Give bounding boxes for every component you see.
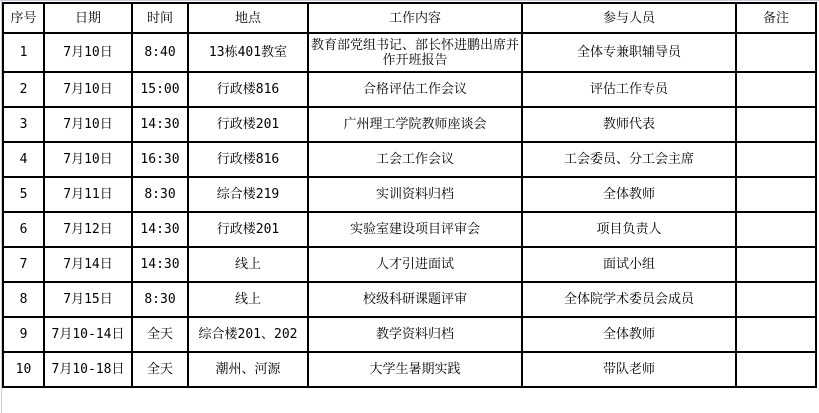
cell-note[interactable] <box>736 317 816 352</box>
cell-place[interactable]: 行政楼816 <box>188 72 308 107</box>
cell-no[interactable]: 4 <box>3 142 44 177</box>
cell-time[interactable]: 14:30 <box>132 107 188 142</box>
cell-time[interactable]: 8:40 <box>132 33 188 72</box>
header-content[interactable]: 工作内容 <box>308 3 522 33</box>
cell-place[interactable]: 线上 <box>188 282 308 317</box>
cell-participants[interactable]: 全体院学术委员会成员 <box>522 282 736 317</box>
cell-place[interactable]: 行政楼201 <box>188 212 308 247</box>
cell-no[interactable]: 6 <box>3 212 44 247</box>
cell-place[interactable]: 综合楼219 <box>188 177 308 212</box>
cell-content[interactable]: 广州理工学院教师座谈会 <box>308 107 522 142</box>
cell-participants[interactable]: 工会委员、分工会主席 <box>522 142 736 177</box>
cell-date[interactable]: 7月10-18日 <box>44 352 132 387</box>
cell-content[interactable]: 教学资料归档 <box>308 317 522 352</box>
cell-time[interactable]: 15:00 <box>132 72 188 107</box>
cell-time[interactable]: 8:30 <box>132 177 188 212</box>
cell-content[interactable]: 实验室建设项目评审会 <box>308 212 522 247</box>
cell-participants[interactable]: 评估工作专员 <box>522 72 736 107</box>
cell-note[interactable] <box>736 72 816 107</box>
cell-note[interactable] <box>736 247 816 282</box>
cell-content[interactable]: 大学生暑期实践 <box>308 352 522 387</box>
cell-time[interactable]: 全天 <box>132 352 188 387</box>
cell-date[interactable]: 7月10日 <box>44 33 132 72</box>
cell-no[interactable]: 9 <box>3 317 44 352</box>
cell-note[interactable] <box>736 352 816 387</box>
cell-content[interactable]: 工会工作会议 <box>308 142 522 177</box>
cell-date[interactable]: 7月14日 <box>44 247 132 282</box>
cell-place[interactable]: 潮州、河源 <box>188 352 308 387</box>
cell-participants[interactable]: 全体教师 <box>522 317 736 352</box>
table-row: 1 7月10日 8:40 13栋401教室 教育部党组书记、部长怀进鹏出席并作开… <box>3 33 816 72</box>
cell-time[interactable]: 16:30 <box>132 142 188 177</box>
table-row: 4 7月10日 16:30 行政楼816 工会工作会议 工会委员、分工会主席 <box>3 142 816 177</box>
cell-content[interactable]: 合格评估工作会议 <box>308 72 522 107</box>
cell-time[interactable]: 14:30 <box>132 212 188 247</box>
header-participants[interactable]: 参与人员 <box>522 3 736 33</box>
header-note[interactable]: 备注 <box>736 3 816 33</box>
header-time[interactable]: 时间 <box>132 3 188 33</box>
schedule-table: 序号 日期 时间 地点 工作内容 参与人员 备注 1 7月10日 8:40 13… <box>2 2 817 388</box>
cell-date[interactable]: 7月12日 <box>44 212 132 247</box>
cell-content[interactable]: 实训资料归档 <box>308 177 522 212</box>
cell-no[interactable]: 1 <box>3 33 44 72</box>
table-row: 8 7月15日 8:30 线上 校级科研课题评审 全体院学术委员会成员 <box>3 282 816 317</box>
header-no[interactable]: 序号 <box>3 3 44 33</box>
table-row: 9 7月10-14日 全天 综合楼201、202 教学资料归档 全体教师 <box>3 317 816 352</box>
cell-content[interactable]: 人才引进面试 <box>308 247 522 282</box>
cell-date[interactable]: 7月10日 <box>44 107 132 142</box>
cell-place[interactable]: 行政楼816 <box>188 142 308 177</box>
header-date[interactable]: 日期 <box>44 3 132 33</box>
header-row: 序号 日期 时间 地点 工作内容 参与人员 备注 <box>3 3 816 33</box>
cell-no[interactable]: 3 <box>3 107 44 142</box>
cell-date[interactable]: 7月11日 <box>44 177 132 212</box>
cell-participants[interactable]: 项目负责人 <box>522 212 736 247</box>
cell-date[interactable]: 7月10日 <box>44 142 132 177</box>
cell-note[interactable] <box>736 212 816 247</box>
cell-note[interactable] <box>736 33 816 72</box>
cell-participants[interactable]: 教师代表 <box>522 107 736 142</box>
table-row: 7 7月14日 14:30 线上 人才引进面试 面试小组 <box>3 247 816 282</box>
cell-time[interactable]: 14:30 <box>132 247 188 282</box>
cell-no[interactable]: 7 <box>3 247 44 282</box>
cell-place[interactable]: 13栋401教室 <box>188 33 308 72</box>
cell-place[interactable]: 行政楼201 <box>188 107 308 142</box>
cell-participants[interactable]: 全体专兼职辅导员 <box>522 33 736 72</box>
cell-date[interactable]: 7月15日 <box>44 282 132 317</box>
table-row: 2 7月10日 15:00 行政楼816 合格评估工作会议 评估工作专员 <box>3 72 816 107</box>
cell-note[interactable] <box>736 282 816 317</box>
cell-place[interactable]: 综合楼201、202 <box>188 317 308 352</box>
header-place[interactable]: 地点 <box>188 3 308 33</box>
cell-content[interactable]: 校级科研课题评审 <box>308 282 522 317</box>
table-row: 10 7月10-18日 全天 潮州、河源 大学生暑期实践 带队老师 <box>3 352 816 387</box>
cell-time[interactable]: 8:30 <box>132 282 188 317</box>
cell-note[interactable] <box>736 177 816 212</box>
cell-time[interactable]: 全天 <box>132 317 188 352</box>
cell-note[interactable] <box>736 142 816 177</box>
sheet-gridline <box>0 0 819 1</box>
cell-no[interactable]: 2 <box>3 72 44 107</box>
cell-place[interactable]: 线上 <box>188 247 308 282</box>
table-row: 3 7月10日 14:30 行政楼201 广州理工学院教师座谈会 教师代表 <box>3 107 816 142</box>
cell-participants[interactable]: 带队老师 <box>522 352 736 387</box>
cell-participants[interactable]: 面试小组 <box>522 247 736 282</box>
cell-content[interactable]: 教育部党组书记、部长怀进鹏出席并作开班报告 <box>308 33 522 72</box>
cell-no[interactable]: 5 <box>3 177 44 212</box>
cell-date[interactable]: 7月10-14日 <box>44 317 132 352</box>
cell-date[interactable]: 7月10日 <box>44 72 132 107</box>
table-row: 6 7月12日 14:30 行政楼201 实验室建设项目评审会 项目负责人 <box>3 212 816 247</box>
cell-no[interactable]: 10 <box>3 352 44 387</box>
cell-note[interactable] <box>736 107 816 142</box>
table-row: 5 7月11日 8:30 综合楼219 实训资料归档 全体教师 <box>3 177 816 212</box>
cell-participants[interactable]: 全体教师 <box>522 177 736 212</box>
spreadsheet-area: 序号 日期 时间 地点 工作内容 参与人员 备注 1 7月10日 8:40 13… <box>0 0 819 413</box>
cell-no[interactable]: 8 <box>3 282 44 317</box>
